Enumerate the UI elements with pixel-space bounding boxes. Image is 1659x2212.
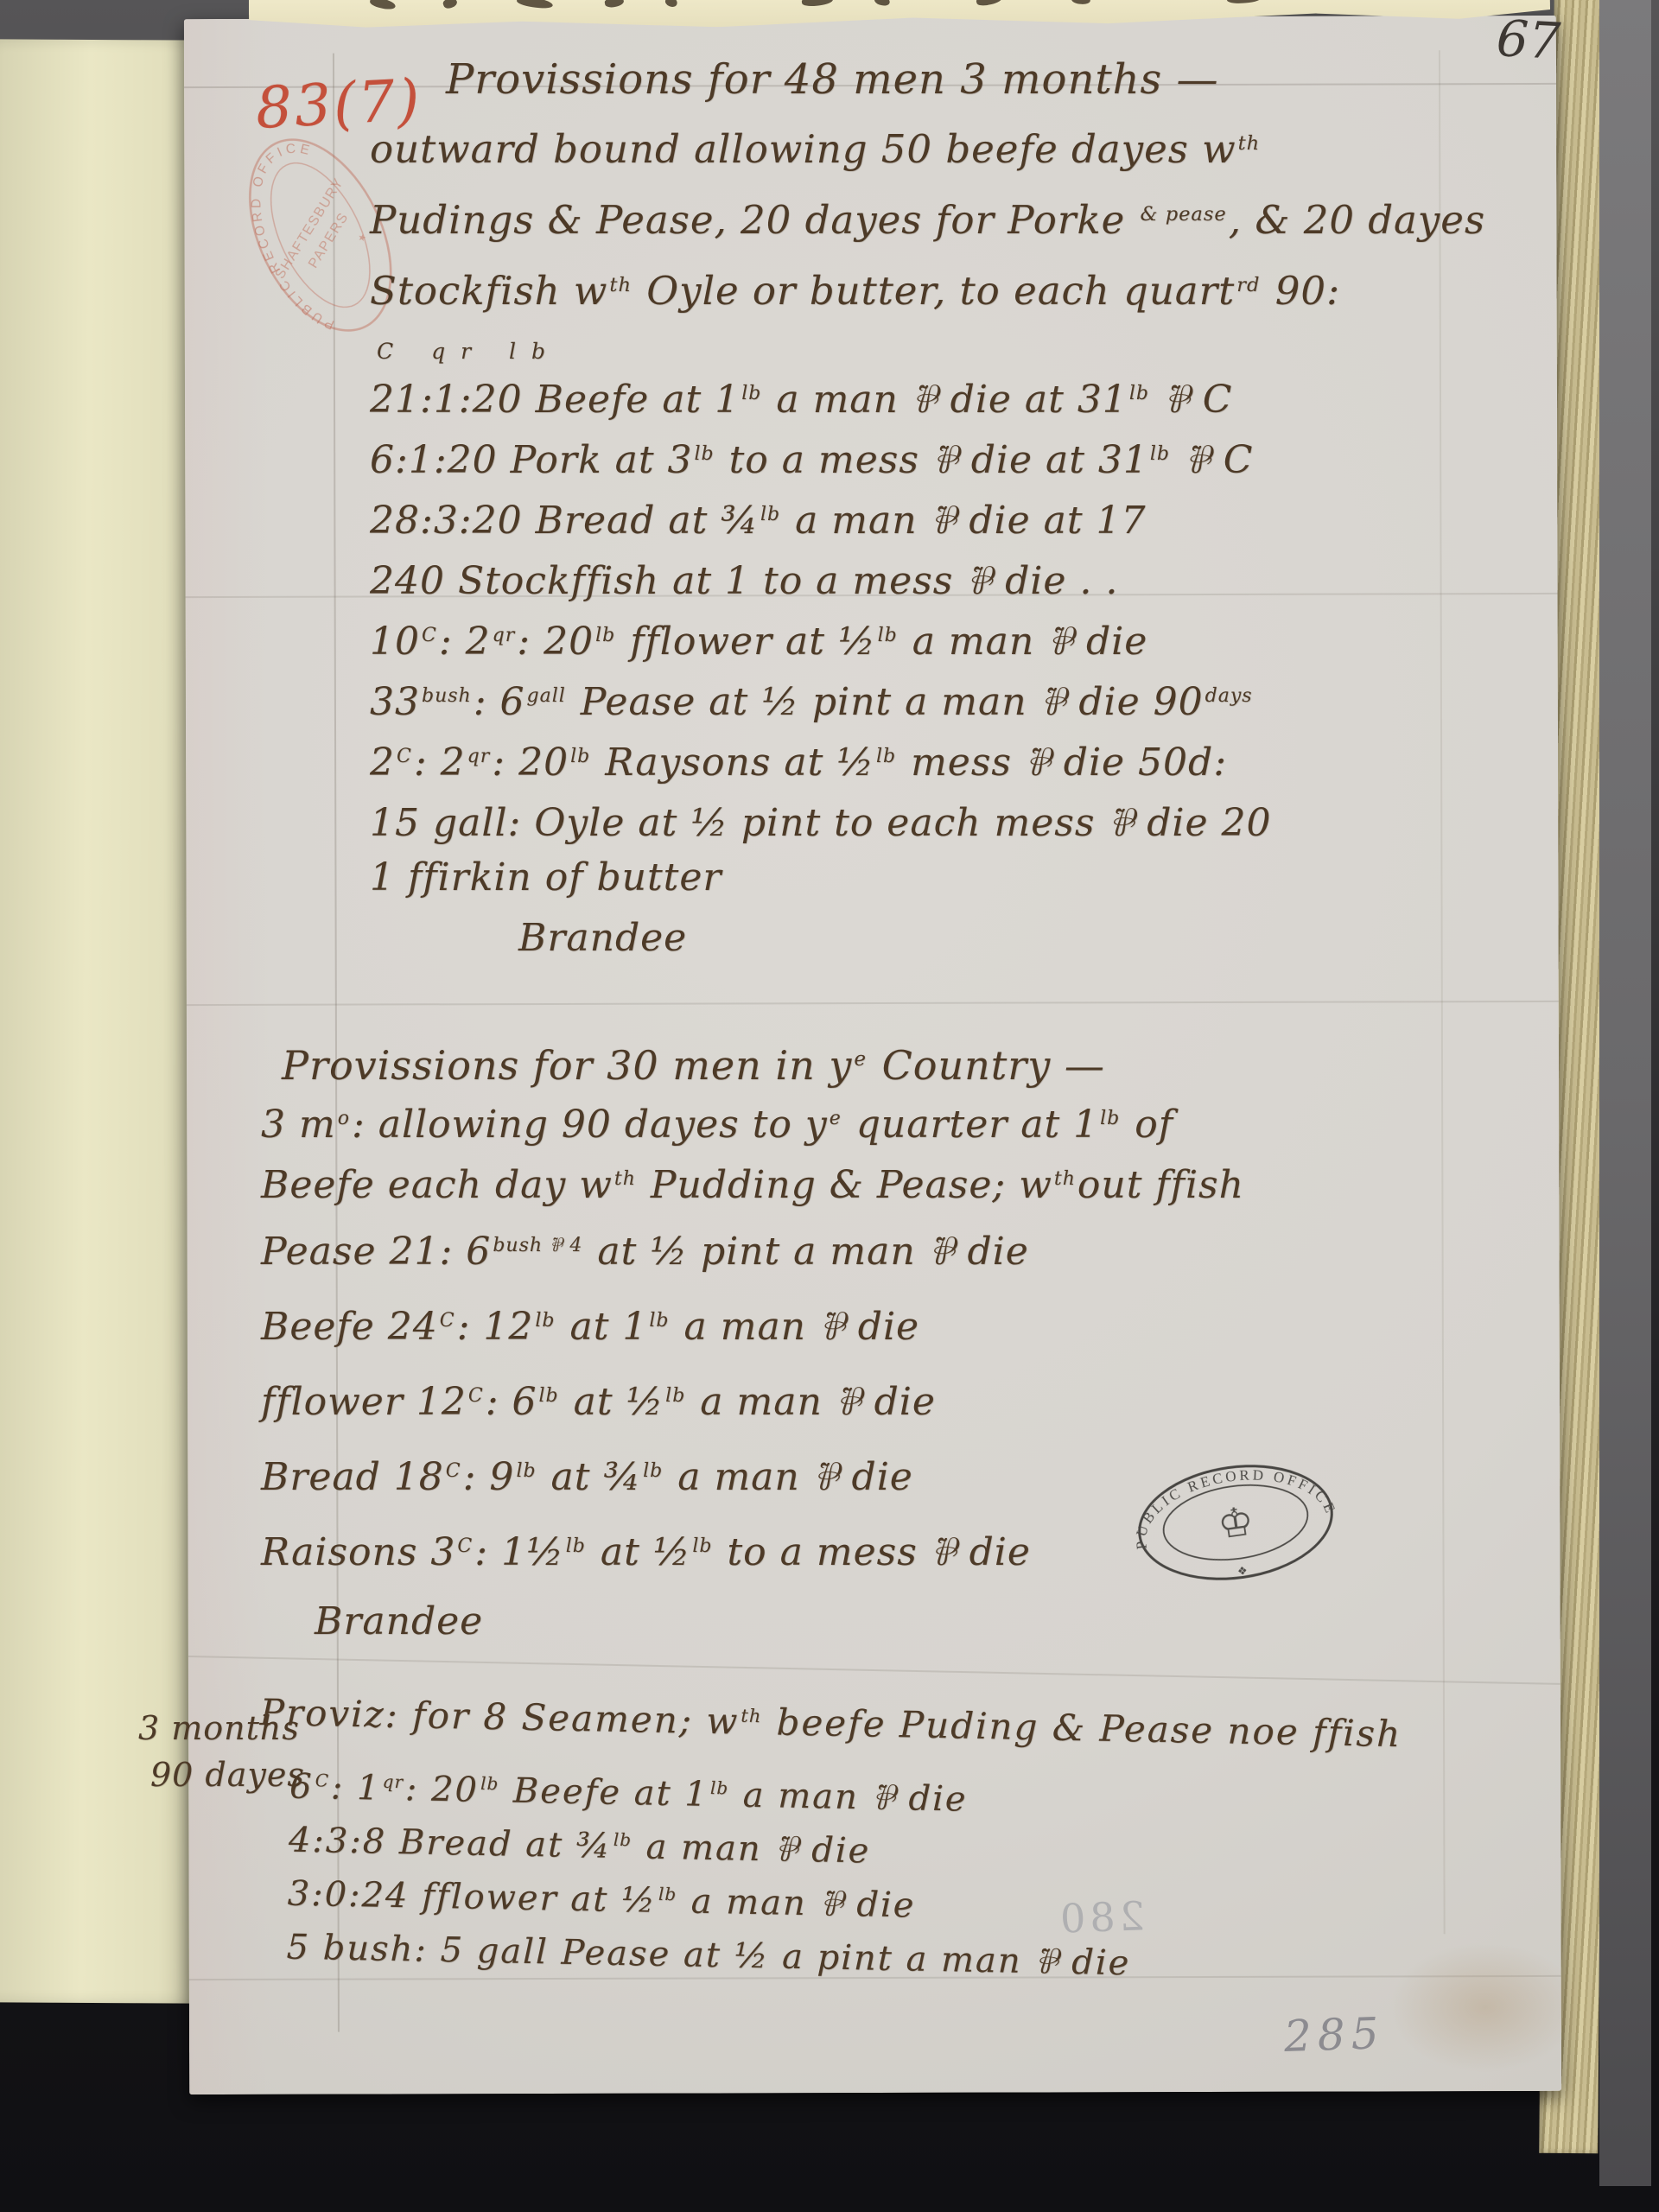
ink-fragment: [442, 0, 459, 10]
show-through-number: 280: [1055, 1892, 1146, 1942]
ink-fragment: [976, 0, 1003, 7]
manuscript-line: Raisons 3C: 1½lb at ½lb to a mess ⅌ die: [261, 1524, 1281, 1599]
manuscript-line: Beefe 24C: 12lb at 1lb a man ⅌ die: [261, 1299, 1281, 1374]
folio-number: 67: [1495, 9, 1561, 71]
manuscript-line: 3 months: [138, 1709, 276, 1756]
provisions-48-men-section: Provissions for 48 men 3 months —outward…: [370, 55, 1407, 976]
manuscript-line: Stockfish wth Oyle or butter, to each qu…: [370, 268, 1407, 339]
manuscript-line: Brandee: [518, 916, 1407, 976]
manuscript-line: 33bush: 6gall Pease at ½ pint a man ⅌ di…: [370, 674, 1407, 734]
book-cover-edge: [1599, 0, 1651, 2186]
manuscript-line: 240 Stockffish at 1 to a mess ⅌ die . .: [370, 553, 1407, 613]
crease-line: [187, 1001, 1559, 1006]
archive-page-number: 285: [1283, 2008, 1385, 2062]
crown-icon: ♔: [1215, 1497, 1256, 1548]
manuscript-line: outward bound allowing 50 beefe dayes wt…: [370, 126, 1407, 197]
manuscript-line: 28:3:20 Bread at ¾lb a man ⅌ die at 17: [370, 493, 1407, 553]
manuscript-line: 10C: 2qr: 20lb fflower at ½lb a man ⅌ di…: [370, 613, 1407, 674]
ink-fragment: [1071, 0, 1090, 5]
marginal-note: 3 months90 dayes: [138, 1709, 276, 1802]
ink-fragment: [664, 0, 678, 9]
crease-line: [188, 1656, 1560, 1685]
manuscript-photo: 83(7) PUBLIC RECORD OFFICE SHAFTESBURY P…: [0, 0, 1659, 2212]
ink-fragment: [369, 0, 397, 11]
stamp-ornament-icon: ❖: [1236, 1565, 1249, 1579]
manuscript-line: Beefe each day wth Pudding & Pease; wtho…: [261, 1163, 1281, 1224]
ink-fragment: [516, 0, 553, 10]
manuscript-line: 21:1:20 Beefe at 1lb a man ⅌ die at 31lb…: [370, 372, 1407, 432]
manuscript-line: 15 gall: Oyle at ½ pint to each mess ⅌ d…: [370, 795, 1407, 855]
manuscript-line: Pease 21: 6bush ⅌ 4 at ½ pint a man ⅌ di…: [261, 1224, 1281, 1299]
manuscript-line: C qr lb: [377, 339, 1407, 372]
ink-fragment: [874, 0, 891, 7]
manuscript-line: Provissions for 48 men 3 months —: [446, 55, 1407, 126]
star-icon: ★: [356, 232, 369, 245]
crease-line: [1439, 50, 1446, 1934]
manuscript-line: Provissions for 30 men in ye Country —: [282, 1042, 1281, 1103]
provisions-30-men-section: Provissions for 30 men in ye Country —3 …: [261, 1042, 1281, 1660]
manuscript-line: 2C: 2qr: 20lb Raysons at ½lb mess ⅌ die …: [370, 734, 1407, 795]
manuscript-line: 1 ffirkin of butter: [370, 855, 1407, 916]
provisions-8-seamen-section: Proviz: for 8 Seamen; wth beefe Puding &…: [255, 1691, 1435, 1997]
manuscript-line: Pudings & Pease, 20 dayes for Porke & pe…: [370, 197, 1407, 268]
manuscript-line: fflower 12C: 6lb at ½lb a man ⅌ die: [261, 1374, 1281, 1449]
ink-fragment: [1227, 0, 1262, 4]
ink-fragment: [801, 0, 833, 8]
manuscript-line: 6:1:20 Pork at 3lb to a mess ⅌ die at 31…: [370, 432, 1407, 493]
manuscript-line: 3 mo: allowing 90 dayes to ye quarter at…: [261, 1103, 1281, 1163]
manuscript-line: Brandee: [315, 1599, 1281, 1660]
ink-fragment: [604, 0, 625, 9]
